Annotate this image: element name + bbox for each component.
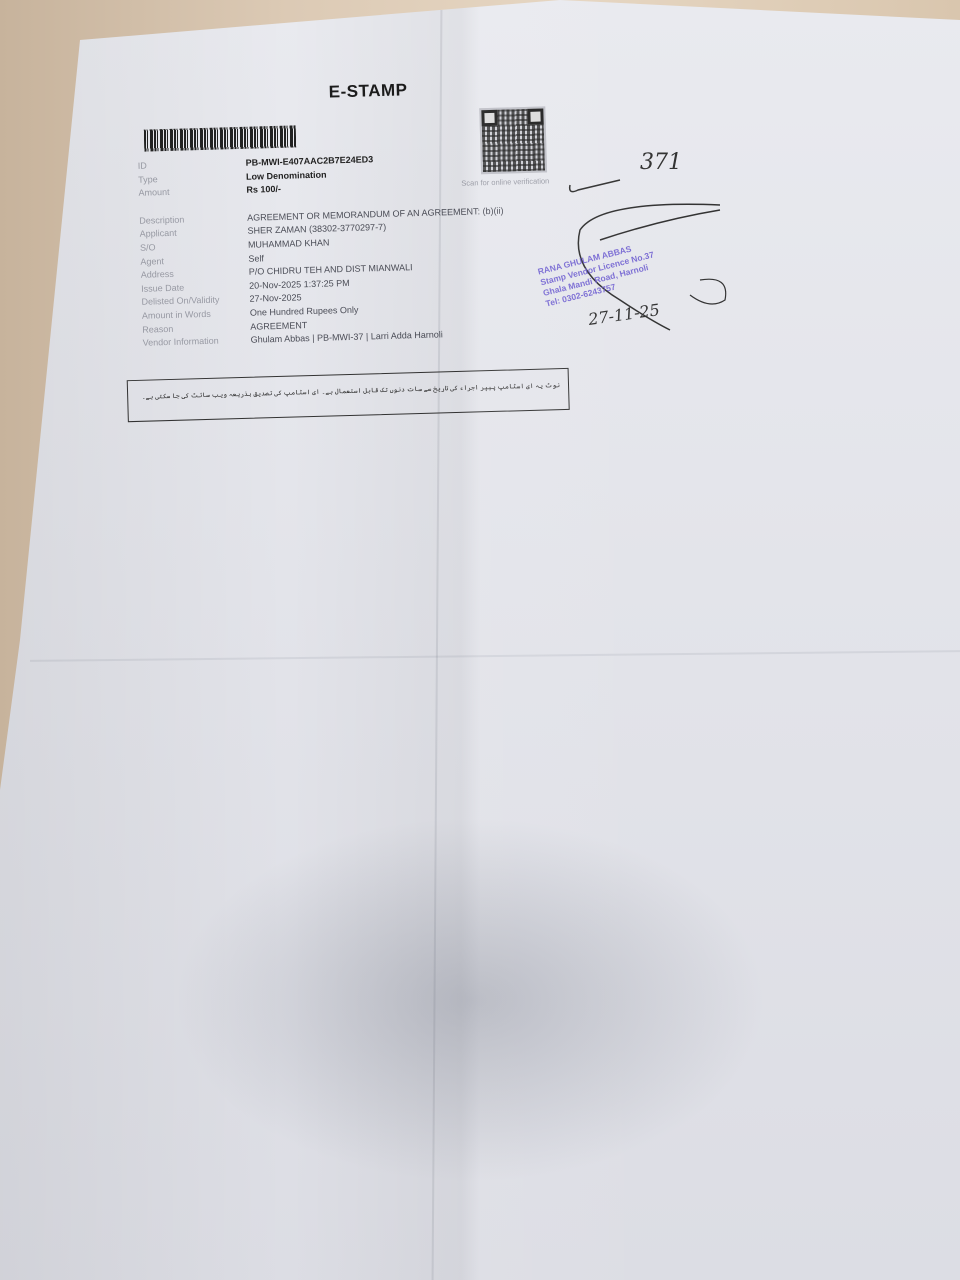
field-value: AGREEMENT OR MEMORANDUM OF AN AGREEMENT:… [247,205,504,222]
qr-code-icon [479,106,547,174]
field-label: Vendor Information [143,336,219,348]
field-value: AGREEMENT [250,320,307,332]
field-value: Low Denomination [246,169,327,181]
document-title: E-STAMP [328,80,407,102]
field-value: MUHAMMAD KHAN [248,237,330,249]
field-value: 27-Nov-2025 [249,293,301,304]
field-label: Description [139,214,184,225]
notice-text: نوٹ یہ ای اسٹامپ پیپر اجراء کی تاریخ سے … [142,381,560,401]
field-value: 20-Nov-2025 1:37:25 PM [249,278,350,291]
field-label: ID [138,161,147,171]
field-value: SHER ZAMAN (38302-3770297-7) [247,222,386,236]
field-label: Type [138,174,158,185]
field-label: Applicant [140,228,177,239]
field-value: Self [248,253,264,263]
qr-caption: Scan for online verification [461,176,549,187]
field-label: Address [141,269,174,280]
field-label: Reason [142,323,173,334]
barcode-icon [144,125,297,151]
field-value: P/O CHIDRU TEH AND DIST MIANWALI [249,262,413,277]
field-label: Agent [140,256,164,267]
field-label: Issue Date [141,282,184,293]
estamp-document: E-STAMP IDPB-MWI-E407AAC2B7E24ED3TypeLow… [130,55,590,447]
field-list: IDPB-MWI-E407AAC2B7E24ED3TypeLow Denomin… [138,161,143,352]
handwritten-serial: 371 [640,150,682,175]
field-value: Ghulam Abbas | PB-MWI-37 | Larri Adda Ha… [250,329,442,344]
field-value: PB-MWI-E407AAC2B7E24ED3 [246,154,374,168]
field-label: S/O [140,242,156,252]
field-value: One Hundred Rupees Only [250,305,359,318]
field-label: Delisted On/Validity [141,295,219,307]
notice-box: نوٹ یہ ای اسٹامپ پیپر اجراء کی تاریخ سے … [127,368,570,422]
field-label: Amount in Words [142,309,211,321]
field-value: Rs 100/- [246,184,281,195]
field-label: Amount [138,187,169,198]
